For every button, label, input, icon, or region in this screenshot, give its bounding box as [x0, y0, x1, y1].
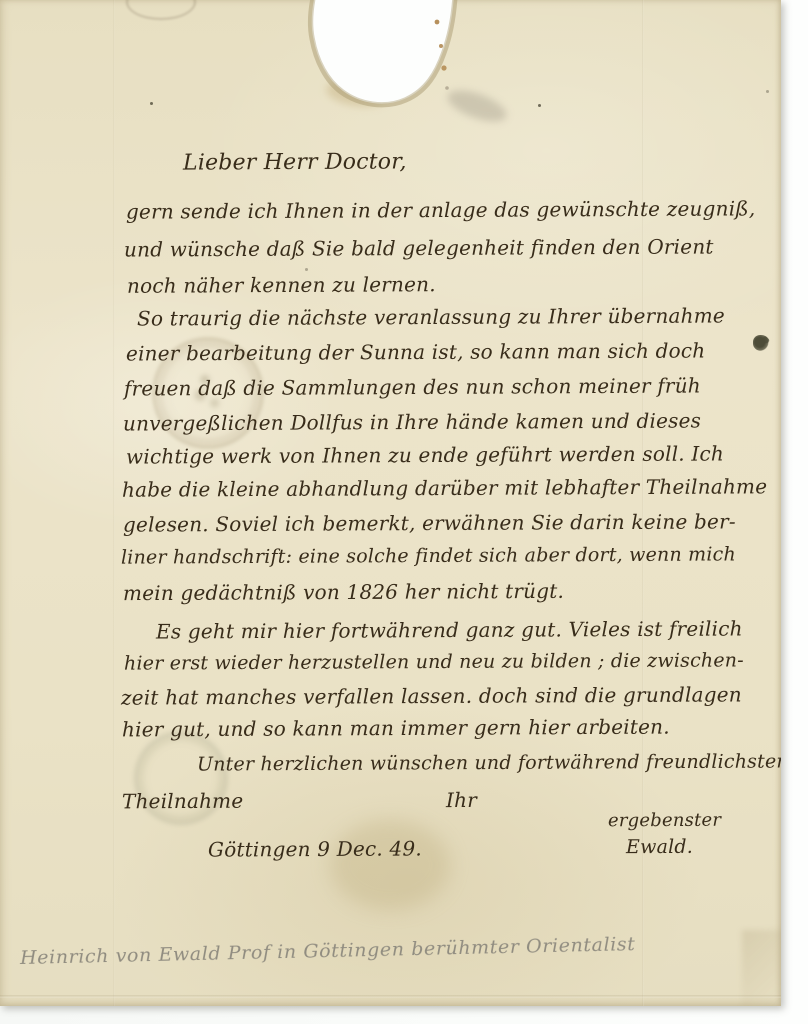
place-date: Göttingen 9 Dec. 49. [208, 836, 422, 861]
corner-stain [742, 930, 781, 1006]
paper-speck [766, 90, 769, 93]
letter-line: liner handschrift: eine solche findet si… [121, 543, 736, 568]
rust-speck [435, 20, 440, 25]
rust-speck [439, 44, 443, 48]
paper-speck [305, 268, 308, 271]
letter-line: gelesen. Soviel ich bemerkt, erwähnen Si… [123, 509, 736, 536]
letter-line: So traurig die nächste veranlassung zu I… [137, 303, 725, 330]
letter-line: Es geht mir hier fortwährend ganz gut. V… [156, 616, 743, 643]
valediction-pronoun: Ihr [446, 788, 477, 812]
letter-line: habe die kleine abhandlung darüber mit l… [122, 474, 767, 501]
letter-line: freuen daß die Sammlungen des nun schon … [124, 373, 701, 400]
oval-stamp [126, 0, 196, 20]
letter-line: noch näher kennen zu lernen. [127, 272, 436, 298]
letter-line: gern sende ich Ihnen in der anlage das g… [126, 196, 756, 223]
salutation: Lieber Herr Doctor, [183, 149, 407, 175]
letter-page: Lieber Herr Doctor, gern sende ich Ihnen… [0, 0, 781, 1006]
letter-line: zeit hat manches verfallen lassen. doch … [121, 682, 742, 709]
letter-line: hier gut, und so kann man immer gern hie… [122, 715, 670, 742]
rust-speck [445, 86, 449, 90]
signature: Ewald. [626, 836, 693, 858]
closing-word: Theilnahme [122, 789, 243, 814]
valediction: ergebenster [608, 810, 721, 832]
letter-line: einer bearbeitung der Sunna ist, so kann… [126, 338, 705, 365]
letter-line: mein gedächtniß von 1826 her nicht trügt… [123, 579, 564, 605]
torn-hole [295, 0, 515, 140]
closing-line: Unter herzlichen wünschen und fortwähren… [197, 750, 781, 775]
paper-speck [150, 102, 153, 105]
vertical-fold-crease [113, 0, 115, 1006]
horizontal-fold-crease [0, 995, 781, 998]
letter-line: unvergeßlichen Dollfus in Ihre hände kam… [123, 408, 701, 435]
ink-blot [753, 335, 770, 351]
paper-speck [538, 104, 541, 107]
letter-line: wichtige werk von Ihnen zu ende geführt … [126, 441, 724, 468]
rust-speck [441, 65, 446, 70]
letter-line: und wünsche daß Sie bald gelegenheit fin… [124, 234, 714, 261]
letter-line: hier erst wieder herzustellen und neu zu… [124, 649, 744, 674]
seal-showthrough [330, 820, 450, 910]
